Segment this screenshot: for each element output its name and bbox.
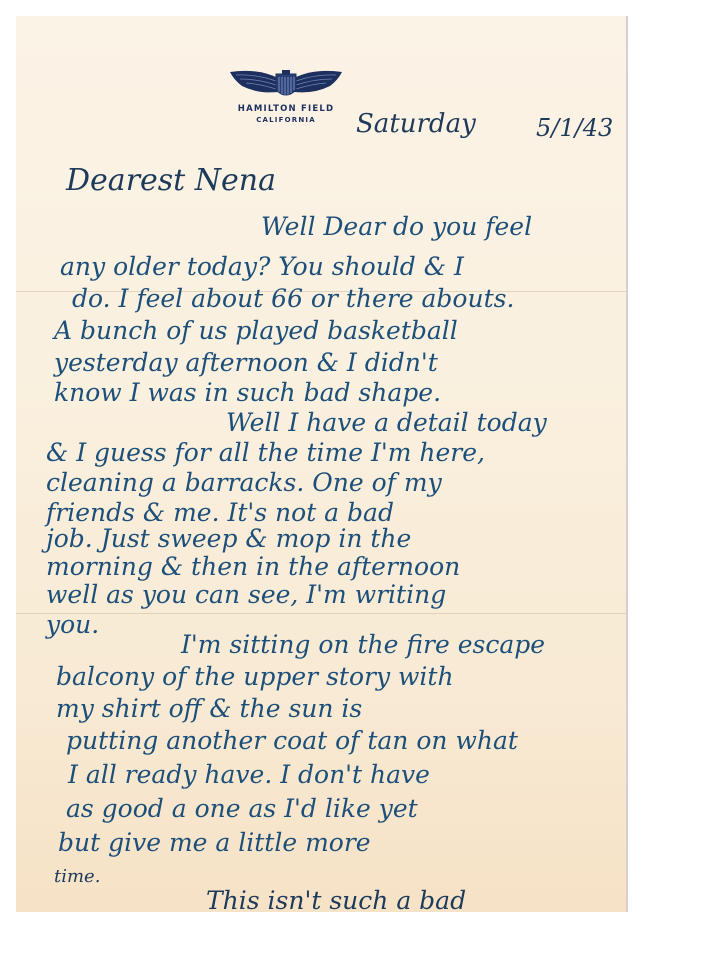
letter-line: putting another coat of tan on what [66, 728, 518, 753]
pilot-wings-shield-icon [228, 66, 344, 102]
letterhead-subtitle: CALIFORNIA [221, 116, 351, 124]
letter-line: friends & me. It's not a bad [46, 500, 394, 525]
letter-line: but give me a little more [58, 830, 371, 855]
letter-page: HAMILTON FIELD CALIFORNIA Saturday 5/1/4… [16, 16, 628, 912]
letter-line: cleaning a barracks. One of my [46, 470, 442, 495]
letter-line: balcony of the upper story with [56, 664, 454, 689]
salutation: Dearest Nena [66, 166, 276, 196]
letter-line: I all ready have. I don't have [68, 762, 430, 787]
letter-line: A bunch of us played basketball [54, 318, 458, 343]
letterhead: HAMILTON FIELD CALIFORNIA [221, 66, 351, 124]
fold-crease [16, 613, 626, 614]
letter-line: morning & then in the afternoon [46, 554, 460, 579]
letter-line: you. [46, 612, 99, 637]
letter-line: I'm sitting on the fire escape [181, 632, 545, 657]
letter-line: well as you can see, I'm writing [46, 582, 446, 607]
letterhead-title: HAMILTON FIELD [221, 104, 351, 114]
date-value: 5/1/43 [536, 116, 613, 140]
letter-line: do. I feel about 66 or there abouts. [72, 286, 514, 311]
letter-line: This isn't such a bad [206, 888, 466, 913]
letter-line: Well Dear do you feel [261, 214, 532, 239]
date-day: Saturday [356, 111, 476, 137]
letter-line: Well I have a detail today [226, 410, 547, 435]
letter-line: & I guess for all the time I'm here, [46, 440, 485, 465]
letter-line: my shirt off & the sun is [56, 696, 362, 721]
letter-line: time. [54, 868, 100, 886]
letter-line: yesterday afternoon & I didn't [54, 350, 438, 375]
letter-line: job. Just sweep & mop in the [46, 526, 411, 551]
letter-line: as good a one as I'd like yet [66, 796, 418, 821]
letter-line: know I was in such bad shape. [54, 380, 441, 405]
letter-line: any older today? You should & I [60, 254, 464, 279]
